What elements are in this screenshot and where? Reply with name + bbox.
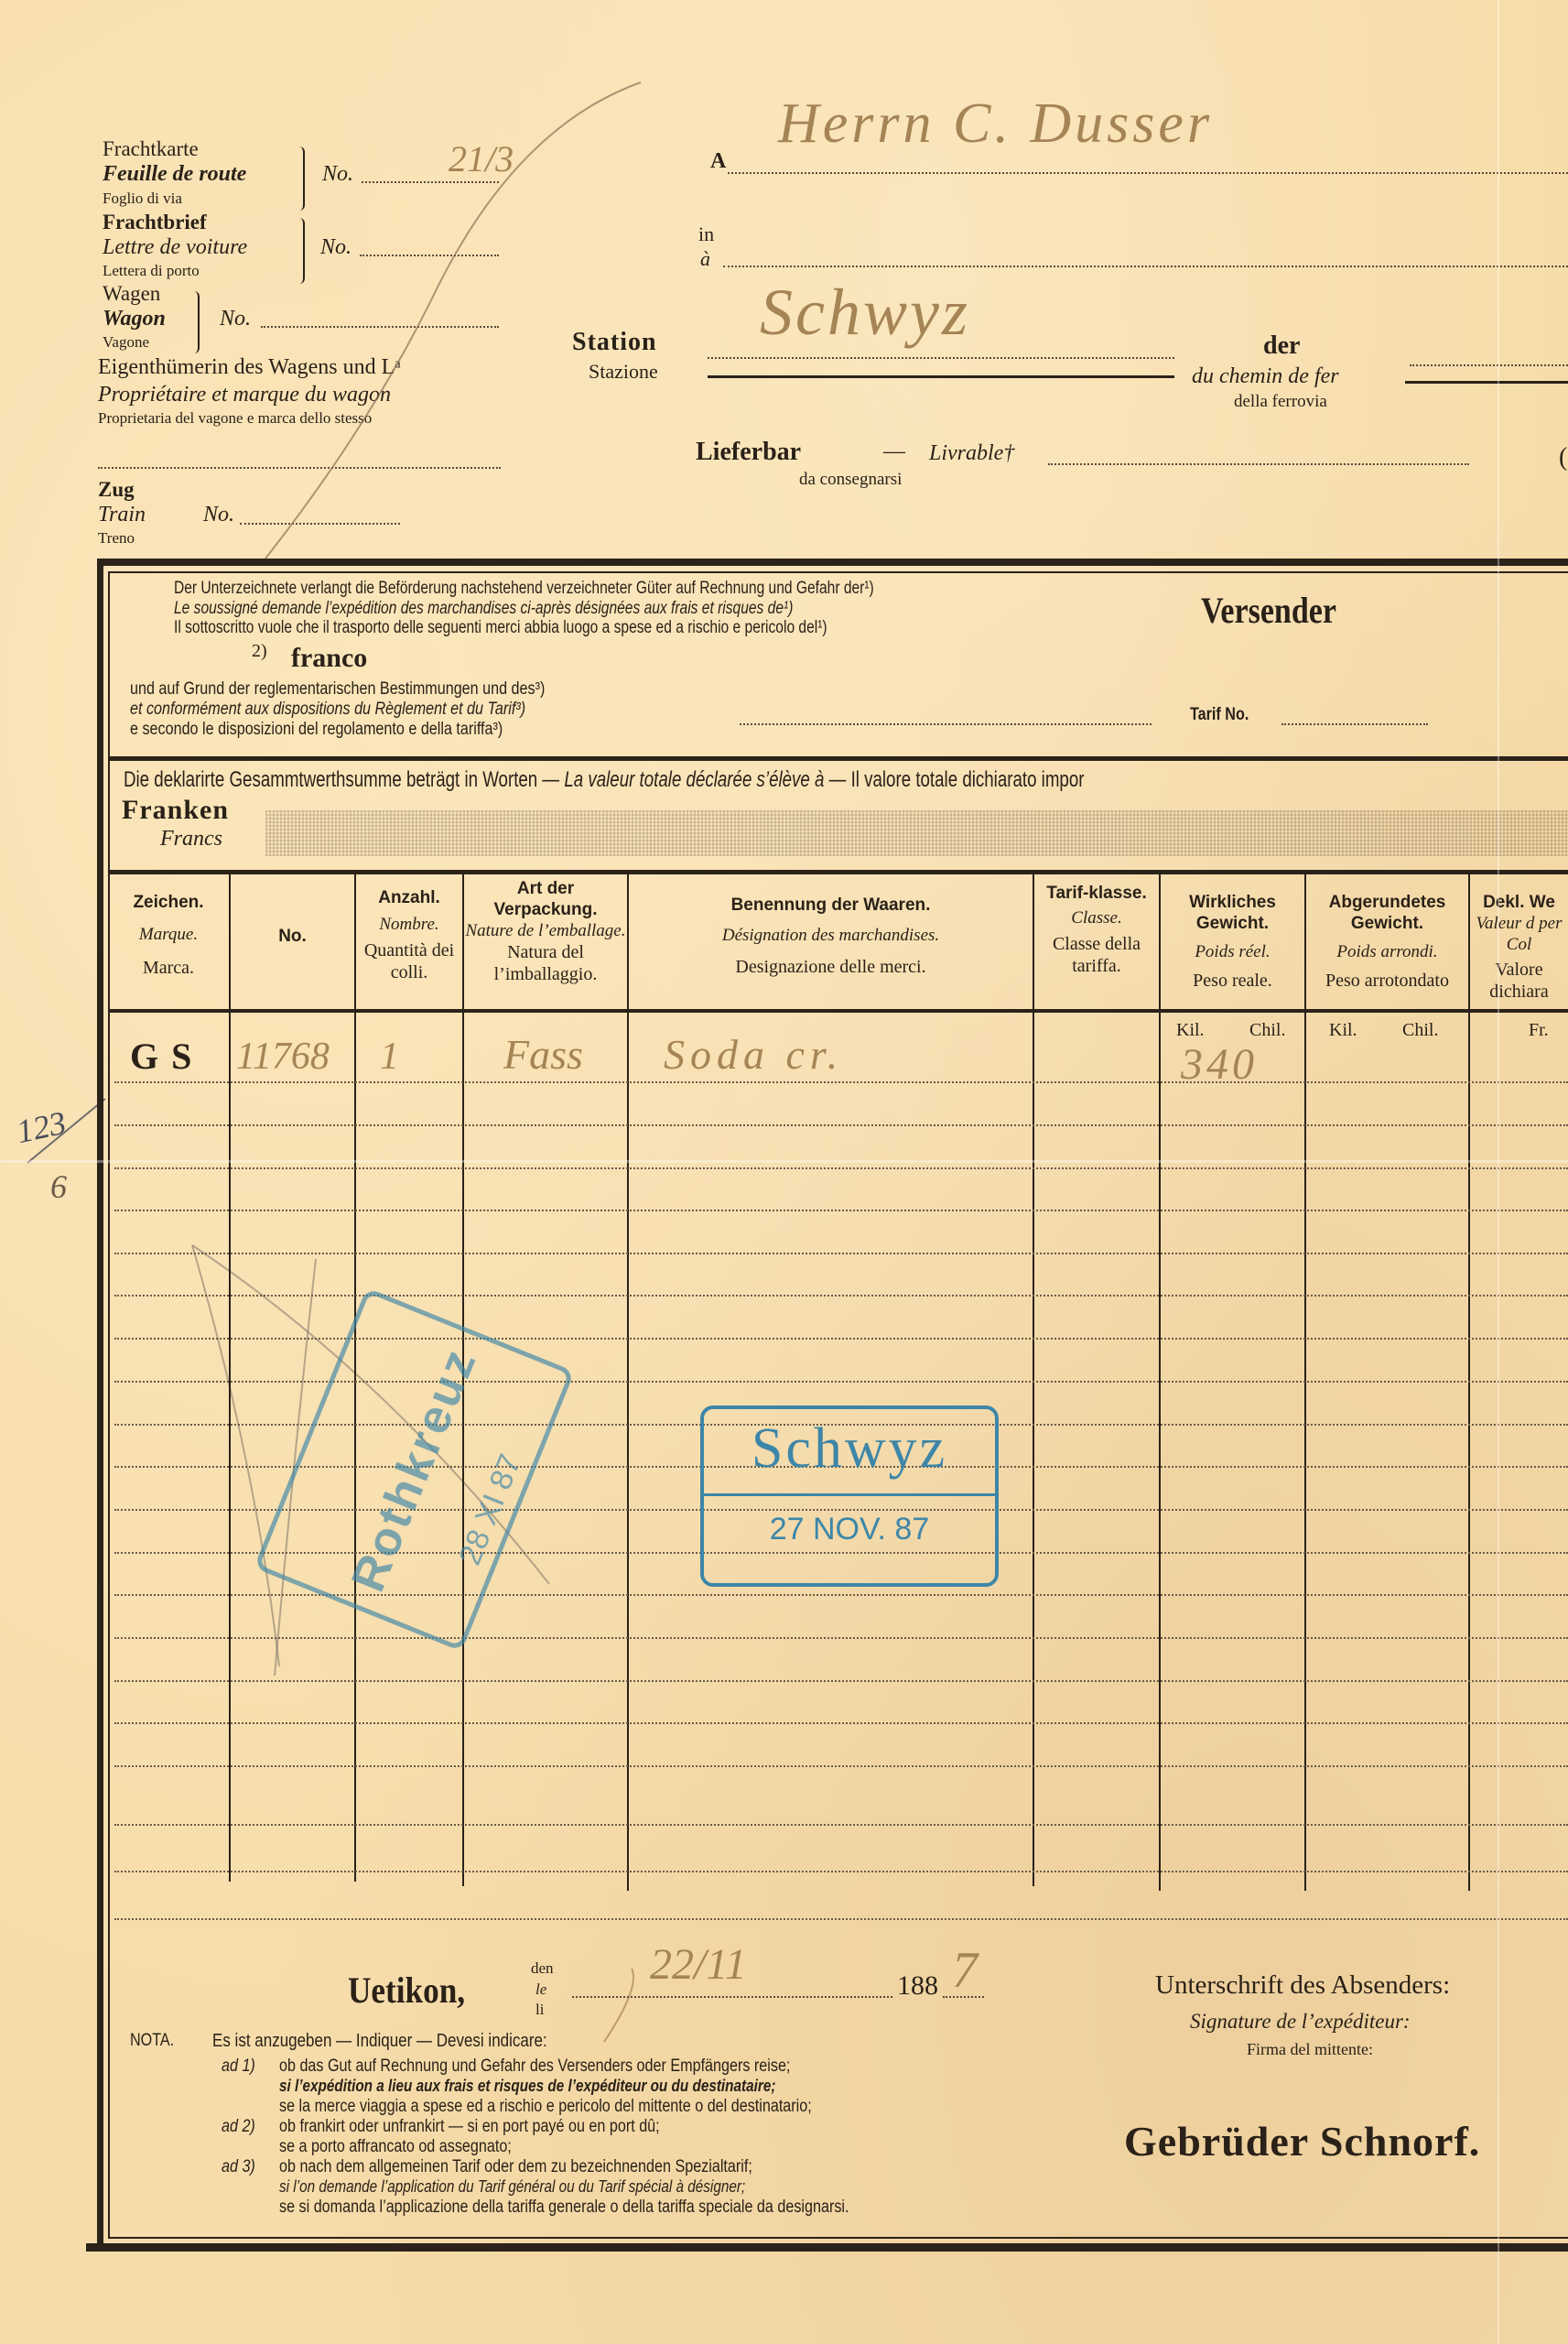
row-line — [114, 1210, 1568, 1211]
deliverable-dash: — — [883, 439, 905, 464]
col-header-no: No. — [231, 927, 354, 948]
col-divider — [1159, 874, 1161, 1891]
real-weight-kil-label: Kil. — [1176, 1020, 1205, 1041]
franken-label: Franken — [122, 795, 229, 826]
note-2-de: ob frankirt oder unfrankirt — si en port… — [279, 2117, 660, 2137]
row-line — [114, 1637, 1568, 1639]
date-value: 22/11 — [650, 1939, 747, 1990]
declared-value-label: Die deklarirte Gesammtwerthsumme beträgt… — [124, 767, 1085, 793]
row-line — [114, 1167, 1568, 1169]
col-header-goods-it: Designazione delle merci. — [629, 956, 1033, 978]
station-value: Schwyz — [760, 275, 970, 351]
frame-top-border — [97, 559, 1568, 566]
railway-label-de: der — [1263, 331, 1300, 361]
col-header-declared-value-de: Dekl. We — [1470, 893, 1568, 914]
col-header-packing-it: Natura del l’imballaggio. — [464, 941, 627, 985]
row-line — [114, 1253, 1568, 1254]
col-header-declared-value-fr: Valeur d per Col — [1470, 914, 1568, 956]
nota-label: NOTA. — [130, 2031, 174, 2051]
col-header-rounded-weight: Abgerundetes Gewicht. Poids arrondi. Pes… — [1306, 893, 1468, 992]
frame-bottom-inner — [108, 2237, 1568, 2239]
col-header-no-de: No. — [231, 927, 354, 948]
col-header-packing-de: Art der Verpackung. — [464, 879, 627, 921]
arrival-stamp-place: Schwyz — [704, 1416, 995, 1481]
note-2-it: se a porto affrancato od assegnato; — [279, 2137, 512, 2157]
nota-intro: Es ist anzugeben — Indiquer — Devesi ind… — [212, 2031, 547, 2052]
cell-declared-value[interactable] — [1478, 1044, 1561, 1080]
station-field[interactable] — [708, 357, 1174, 359]
margin-note-bottom: 6 — [50, 1167, 67, 1206]
signature-label-de: Unterschrift des Absenders: — [1155, 1970, 1450, 2001]
tarif-no-field[interactable] — [1281, 723, 1428, 725]
note-1-it: se la merce viaggia a spese ed a rischio… — [279, 2097, 812, 2117]
note-2-ref: ad 2) — [222, 2117, 255, 2137]
row-line — [114, 1765, 1568, 1767]
col-header-goods: Benennung der Waaren. Désignation des ma… — [629, 895, 1033, 978]
col-header-tariff-class-it: Classe della tariffa. — [1034, 933, 1159, 977]
col-header-count-it: Quantità dei colli. — [356, 939, 462, 983]
station-rule — [708, 375, 1174, 378]
declared-label-de: Die deklarirte Gesammtwerthsumme beträgt… — [124, 767, 564, 792]
station-label-de: Station — [572, 328, 657, 357]
railway-label-fr: du chemin de fer — [1192, 364, 1339, 389]
row-line — [114, 1338, 1568, 1340]
deliverable-label-de: Lieferbar — [696, 438, 801, 467]
declared-label-it: — Il valore totale dichiarato impor — [824, 767, 1084, 792]
col-header-packing-fr: Nature de l’emballage. — [464, 921, 627, 942]
station-label-it: Stazione — [589, 360, 658, 384]
date-label-de: den — [531, 1959, 554, 1978]
row-line — [114, 1124, 1568, 1126]
col-header-count: Anzahl. Nombre. Quantità dei colli. — [356, 888, 462, 983]
col-divider — [1468, 874, 1470, 1891]
col-header-tariff-class-fr: Classe. — [1034, 908, 1159, 929]
col-header-count-de: Anzahl. — [356, 888, 462, 909]
col-header-goods-fr: Désignation des marchandises. — [629, 926, 1033, 947]
divider-declared — [108, 756, 1568, 761]
row-line — [114, 1722, 1568, 1724]
real-weight-chil-label: Chil. — [1249, 1020, 1285, 1041]
recipient-in-label: in — [698, 222, 714, 246]
col-header-declared-value-it: Valore dichiara — [1470, 959, 1568, 1003]
sender-signature: Gebrüder Schnorf. — [1124, 2117, 1480, 2165]
note-3-ref: ad 3) — [222, 2157, 255, 2177]
col-header-packing: Art der Verpackung. Nature de l’emballag… — [464, 879, 627, 985]
col-header-goods-de: Benennung der Waaren. — [629, 895, 1033, 917]
col-header-rounded-weight-de: Abgerundetes Gewicht. — [1306, 893, 1468, 935]
note-1-ref: ad 1) — [222, 2056, 255, 2077]
date-field[interactable] — [572, 1996, 892, 1998]
frame-left-inner — [108, 571, 110, 2238]
date-label-fr: le — [535, 1980, 546, 1999]
request-line-fr: Le soussigné demande l’expédition des ma… — [174, 599, 793, 619]
col-header-mark: Zeichen. Marque. Marca. — [108, 893, 229, 979]
divider-table — [108, 870, 1568, 874]
tarif-no-label: Tarif No. — [1190, 705, 1249, 725]
signature-label-fr: Signature de l’expéditeur: — [1190, 2010, 1411, 2034]
arrival-stamp-divider — [704, 1493, 995, 1496]
cell-tariff-class[interactable] — [1044, 1044, 1144, 1080]
declared-label-fr: La valeur totale déclarée s’élève à — [564, 767, 824, 792]
arrival-stamp: Schwyz 27 NOV. 87 — [700, 1405, 999, 1587]
col-header-mark-fr: Marque. — [108, 925, 229, 946]
cell-mark[interactable]: G S — [130, 1035, 193, 1078]
deliverable-paren: ( — [1559, 443, 1567, 472]
col-header-real-weight: Wirkliches Gewicht. Poids réel. Peso rea… — [1161, 893, 1304, 992]
recipient-field[interactable] — [728, 172, 1568, 174]
col-header-tariff-class-de: Tarif-klasse. — [1034, 884, 1159, 905]
col-header-rounded-weight-fr: Poids arrondi. — [1306, 942, 1468, 963]
note-3-it: se si domanda l’applicazione della tarif… — [279, 2197, 849, 2218]
deliverable-label-it: da consegnarsi — [799, 470, 902, 490]
frame-top-inner — [108, 571, 1568, 573]
col-header-real-weight-it: Peso reale. — [1161, 970, 1304, 992]
paper-fold-vertical — [1498, 0, 1499, 2344]
rules-line-it: e secondo le disposizioni del regolament… — [130, 720, 503, 740]
note-1-de: ob das Gut auf Rechnung und Gefahr des V… — [279, 2056, 790, 2077]
col-header-tariff-class: Tarif-klasse. Classe. Classe della tarif… — [1034, 884, 1159, 977]
franco-option[interactable]: franco — [291, 643, 367, 674]
rules-field[interactable] — [740, 723, 1152, 725]
frame-bottom-border — [86, 2243, 1568, 2252]
row-line — [114, 1081, 1568, 1083]
date-label-it: li — [535, 2001, 544, 2019]
note-3-fr: si l’on demande l’application du Tarif g… — [279, 2177, 745, 2197]
row-line — [114, 1295, 1568, 1297]
header-bottom-rule — [108, 1009, 1568, 1013]
col-header-declared-value: Dekl. We Valeur d per Col Valore dichiar… — [1470, 893, 1568, 1003]
col-divider — [229, 874, 231, 1882]
row-line — [114, 1680, 1568, 1682]
cell-goods[interactable]: Soda cr. — [664, 1030, 843, 1079]
row-line — [114, 1918, 1568, 1920]
declared-value-field[interactable] — [265, 810, 1568, 856]
deliverable-field[interactable] — [1048, 463, 1469, 465]
recipient-place-field[interactable] — [723, 266, 1568, 267]
cell-count[interactable]: 1 — [380, 1035, 399, 1079]
signature-label-it: Firma del mittente: — [1247, 2040, 1373, 2059]
deliverable-label-fr: Livrable† — [929, 441, 1014, 466]
recipient-a-label: A — [710, 149, 726, 174]
col-header-mark-it: Marca. — [108, 957, 229, 979]
note-3-de: ob nach dem allgemeinen Tarif oder dem z… — [279, 2157, 752, 2177]
col-divider — [1304, 874, 1306, 1891]
col-header-rounded-weight-it: Peso arrotondato — [1306, 970, 1468, 992]
arrival-stamp-date: 27 NOV. 87 — [704, 1512, 995, 1547]
year-prefix: 188 — [897, 1970, 938, 2002]
francs-label: Francs — [160, 827, 222, 852]
cell-packing[interactable]: Fass — [503, 1030, 583, 1079]
frame-left-border — [97, 559, 103, 2243]
year-suffix: 7 — [952, 1941, 978, 2000]
place-of-issue: Uetikon, — [348, 1969, 465, 2012]
col-divider — [627, 874, 629, 1891]
row-line — [114, 1871, 1568, 1872]
rounded-weight-chil-label: Chil. — [1402, 1020, 1438, 1041]
request-line-de: Der Unterzeichnete verlangt die Beförder… — [174, 579, 874, 599]
railway-label-it: della ferrovia — [1234, 392, 1327, 412]
franco-footnote: 2) — [252, 641, 267, 662]
rules-line-de: und auf Grund der reglementarischen Best… — [130, 679, 545, 700]
declared-fr-label: Fr. — [1529, 1020, 1549, 1041]
railway-rule — [1405, 381, 1568, 384]
recipient-a-grave-label: à — [700, 247, 710, 271]
recipient-value: Herrn C. Dusser — [778, 92, 1213, 157]
col-header-count-fr: Nombre. — [356, 915, 462, 936]
cell-no[interactable]: 11768 — [236, 1035, 330, 1079]
row-line — [114, 1824, 1568, 1826]
request-line-it: Il sottoscritto vuole che il trasporto d… — [174, 618, 827, 638]
versender-option[interactable]: Versender — [1201, 589, 1336, 632]
paper-fold — [0, 1160, 1568, 1163]
rounded-weight-kil-label: Kil. — [1329, 1020, 1357, 1041]
col-header-real-weight-de: Wirkliches Gewicht. — [1161, 893, 1304, 935]
cell-rounded-weight[interactable] — [1318, 1044, 1455, 1080]
railway-field[interactable] — [1410, 364, 1568, 366]
col-header-real-weight-fr: Poids réel. — [1161, 942, 1304, 963]
rules-line-fr: et conformément aux dispositions du Règl… — [130, 700, 525, 720]
col-header-mark-de: Zeichen. — [108, 893, 229, 914]
note-1-fr: si l’expédition a lieu aux frais et risq… — [279, 2077, 775, 2096]
